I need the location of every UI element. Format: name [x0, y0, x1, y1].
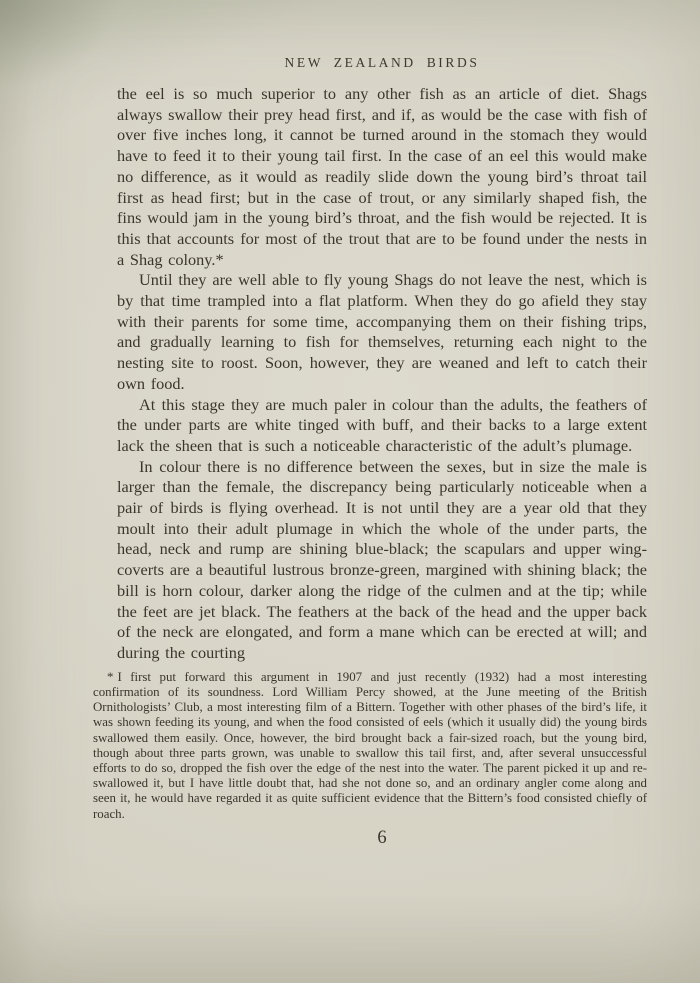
footnote-marker: *	[107, 670, 117, 684]
footnote-text: I first put forward this argument in 190…	[93, 670, 647, 821]
body-paragraph-1: the eel is so much superior to any other…	[117, 84, 647, 270]
book-page: NEW ZEALAND BIRDS the eel is so much sup…	[0, 0, 700, 983]
body-paragraph-3: At this stage they are much paler in col…	[117, 395, 647, 457]
page-number: 6	[117, 828, 647, 849]
running-header: NEW ZEALAND BIRDS	[117, 55, 647, 71]
text-column: the eel is so much superior to any other…	[117, 84, 647, 849]
scan-corner-shadow	[0, 0, 120, 90]
footnote: *I first put forward this argument in 19…	[93, 670, 647, 822]
body-paragraph-2: Until they are well able to fly young Sh…	[117, 270, 647, 394]
body-paragraph-4: In colour there is no difference between…	[117, 457, 647, 664]
